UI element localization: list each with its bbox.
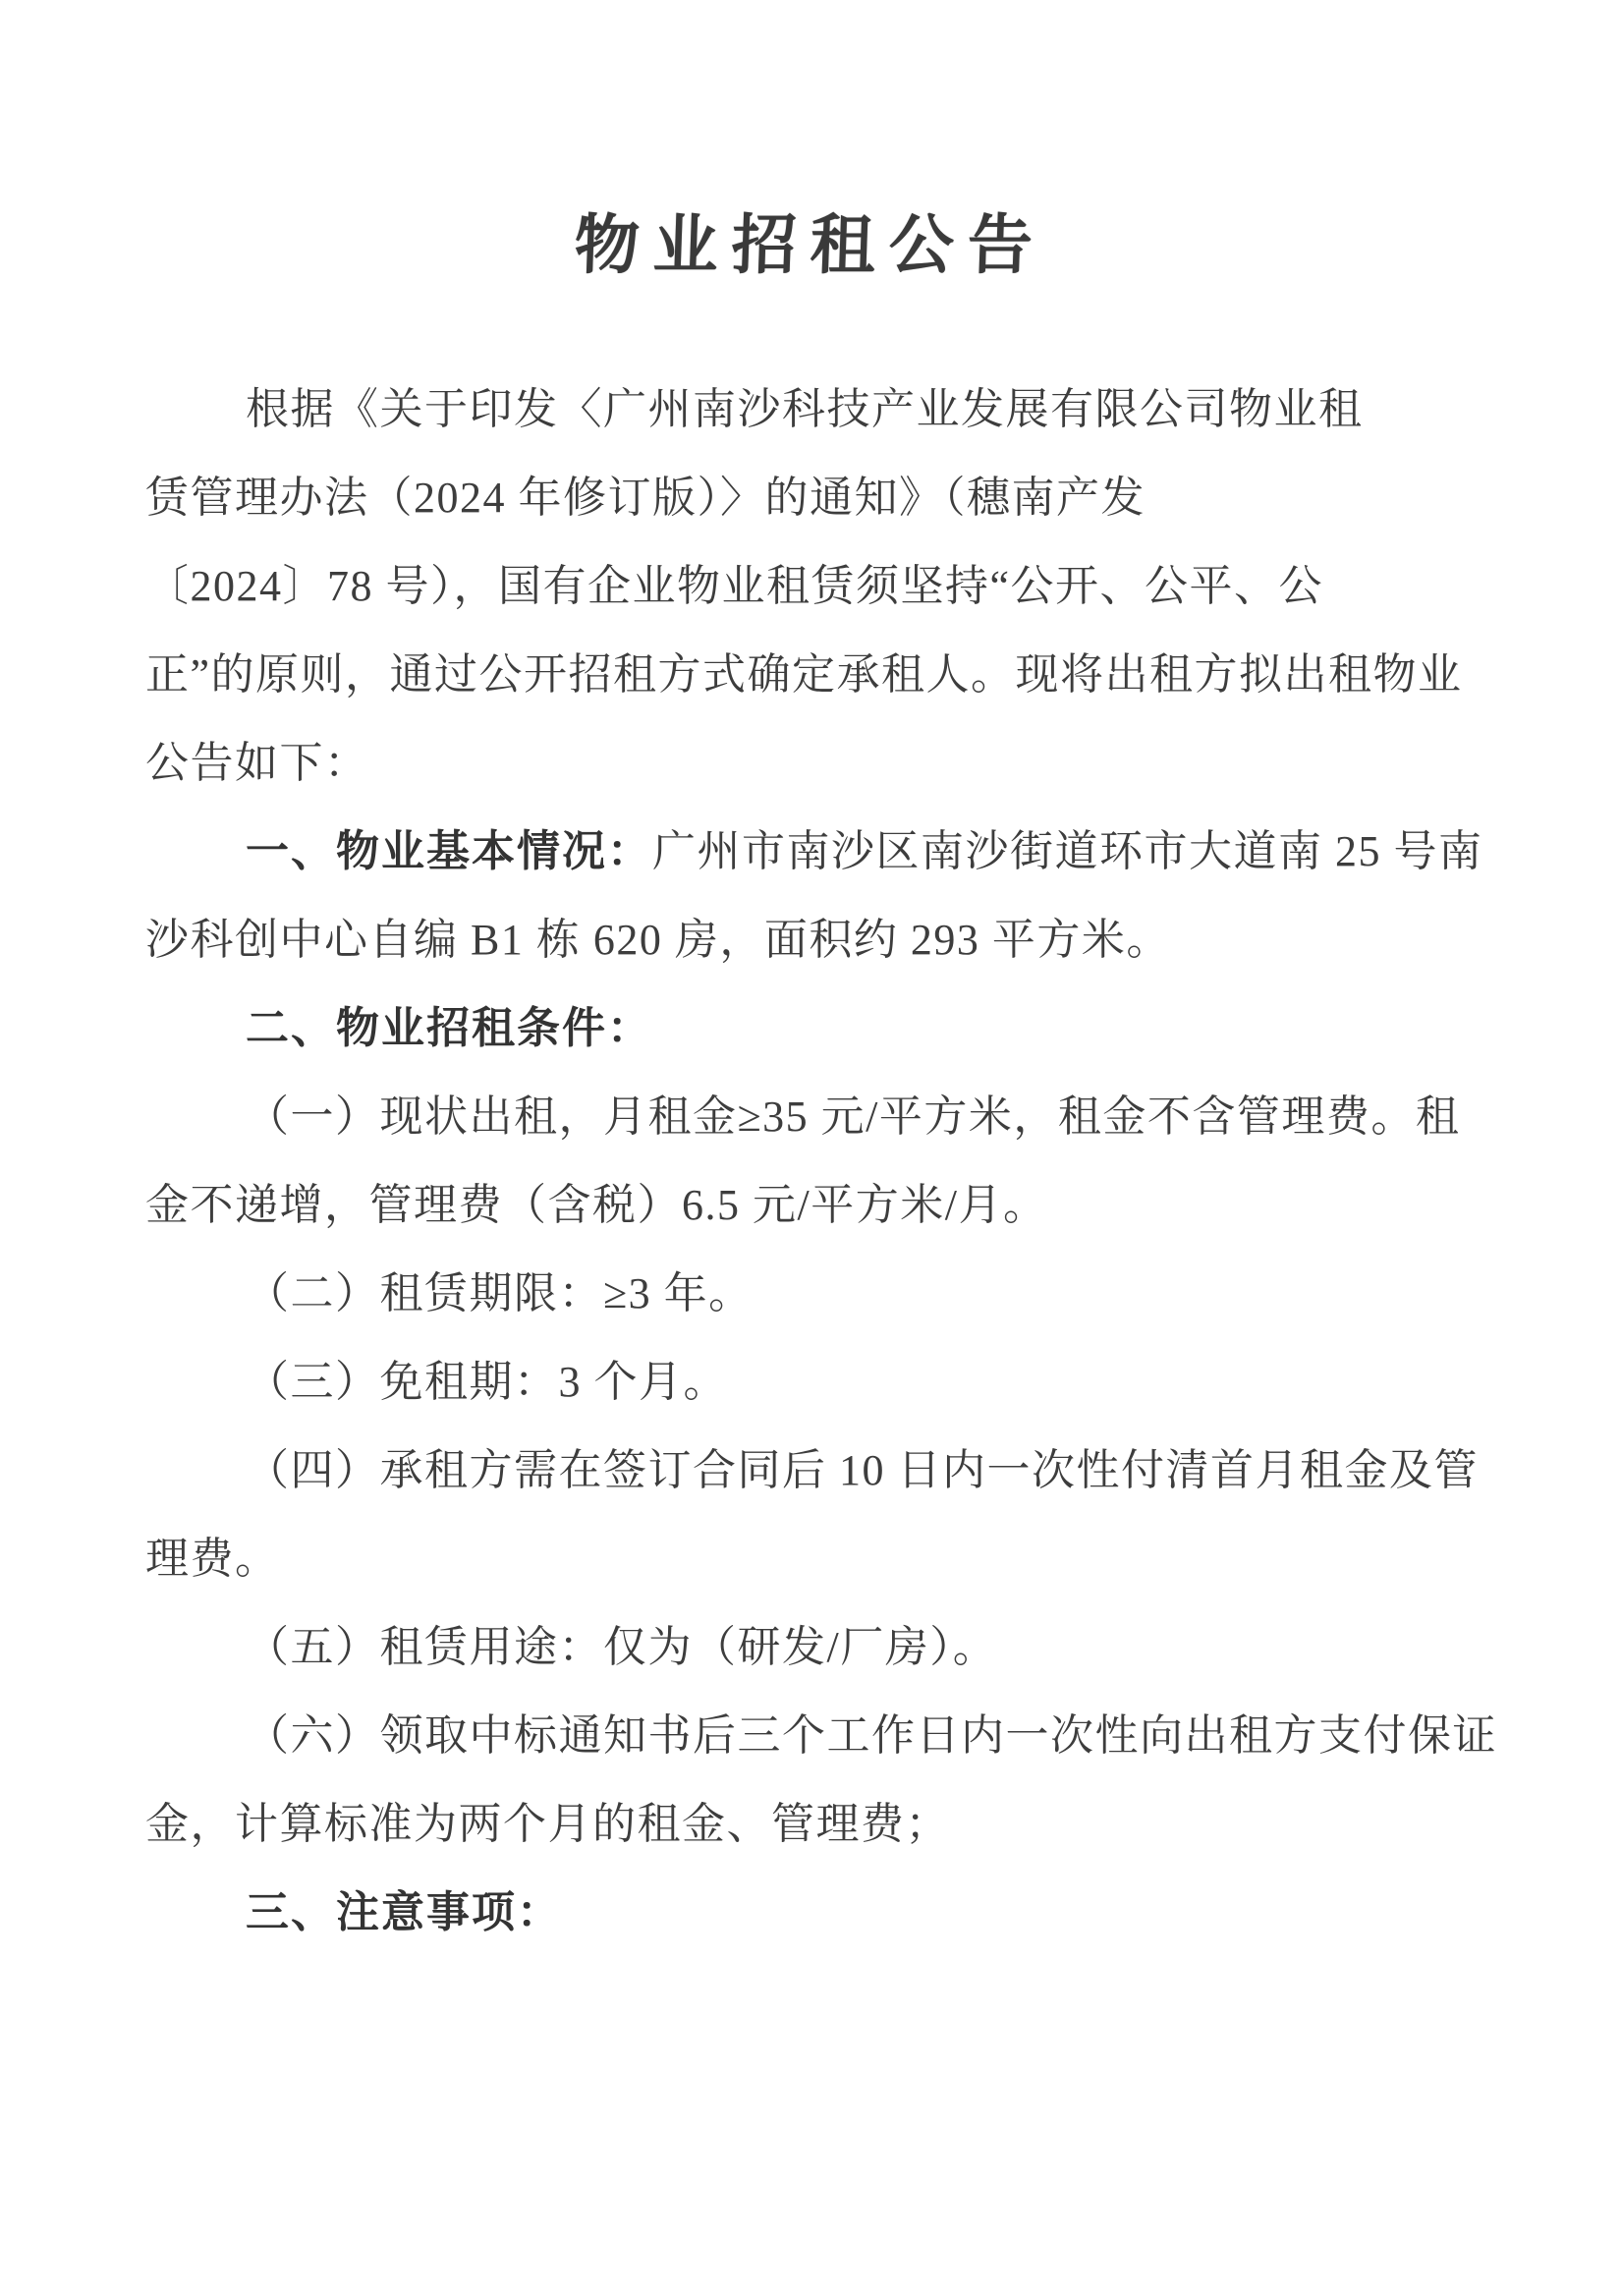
text-line: 一、物业基本情况：广州市南沙区南沙街道环市大道南 25 号南 [145, 808, 1476, 896]
text-line: 根据《关于印发〈广州南沙科技产业发展有限公司物业租 [145, 365, 1476, 454]
text-line: 正”的原则，通过公开招租方式确定承租人。现将出租方拟出租物业 [145, 631, 1476, 719]
text-line: 三、注意事项： [145, 1869, 1476, 1957]
section-heading-2: 二、物业招租条件： [246, 1004, 652, 1052]
line-text: 广州市南沙区南沙街道环市大道南 25 号南 [652, 827, 1483, 875]
text-line: （一）现状出租，月租金≥35 元/平方米，租金不含管理费。租 [145, 1073, 1476, 1161]
text-line: 金，计算标准为两个月的租金、管理费； [145, 1780, 1476, 1869]
section-heading-1: 一、物业基本情况： [246, 827, 652, 875]
text-line: 理费。 [145, 1515, 1476, 1603]
text-line: （三）免租期：3 个月。 [145, 1338, 1476, 1427]
text-line: 金不递增，管理费（含税）6.5 元/平方米/月。 [145, 1161, 1476, 1250]
text-line: （二）租赁期限：≥3 年。 [145, 1250, 1476, 1338]
text-line: （五）租赁用途：仅为（研发/厂房）。 [145, 1603, 1476, 1692]
text-line: 〔2024〕78 号），国有企业物业租赁须坚持“公开、公平、公 [145, 542, 1476, 631]
text-line: （四）承租方需在签订合同后 10 日内一次性付清首月租金及管 [145, 1427, 1476, 1515]
text-line: （六）领取中标通知书后三个工作日内一次性向出租方支付保证 [145, 1692, 1476, 1780]
text-line: 公告如下： [145, 719, 1476, 808]
document-body: 根据《关于印发〈广州南沙科技产业发展有限公司物业租 赁管理办法（2024 年修订… [145, 365, 1476, 1957]
text-line: 赁管理办法（2024 年修订版）〉的通知》（穗南产发 [145, 454, 1476, 542]
text-line: 沙科创中心自编 B1 栋 620 房，面积约 293 平方米。 [145, 896, 1476, 984]
text-line: 二、物业招租条件： [145, 984, 1476, 1073]
document-title: 物业招租公告 [0, 193, 1621, 286]
section-heading-3: 三、注意事项： [246, 1888, 562, 1936]
document-page: 物业招租公告 根据《关于印发〈广州南沙科技产业发展有限公司物业租 赁管理办法（2… [0, 0, 1621, 2296]
